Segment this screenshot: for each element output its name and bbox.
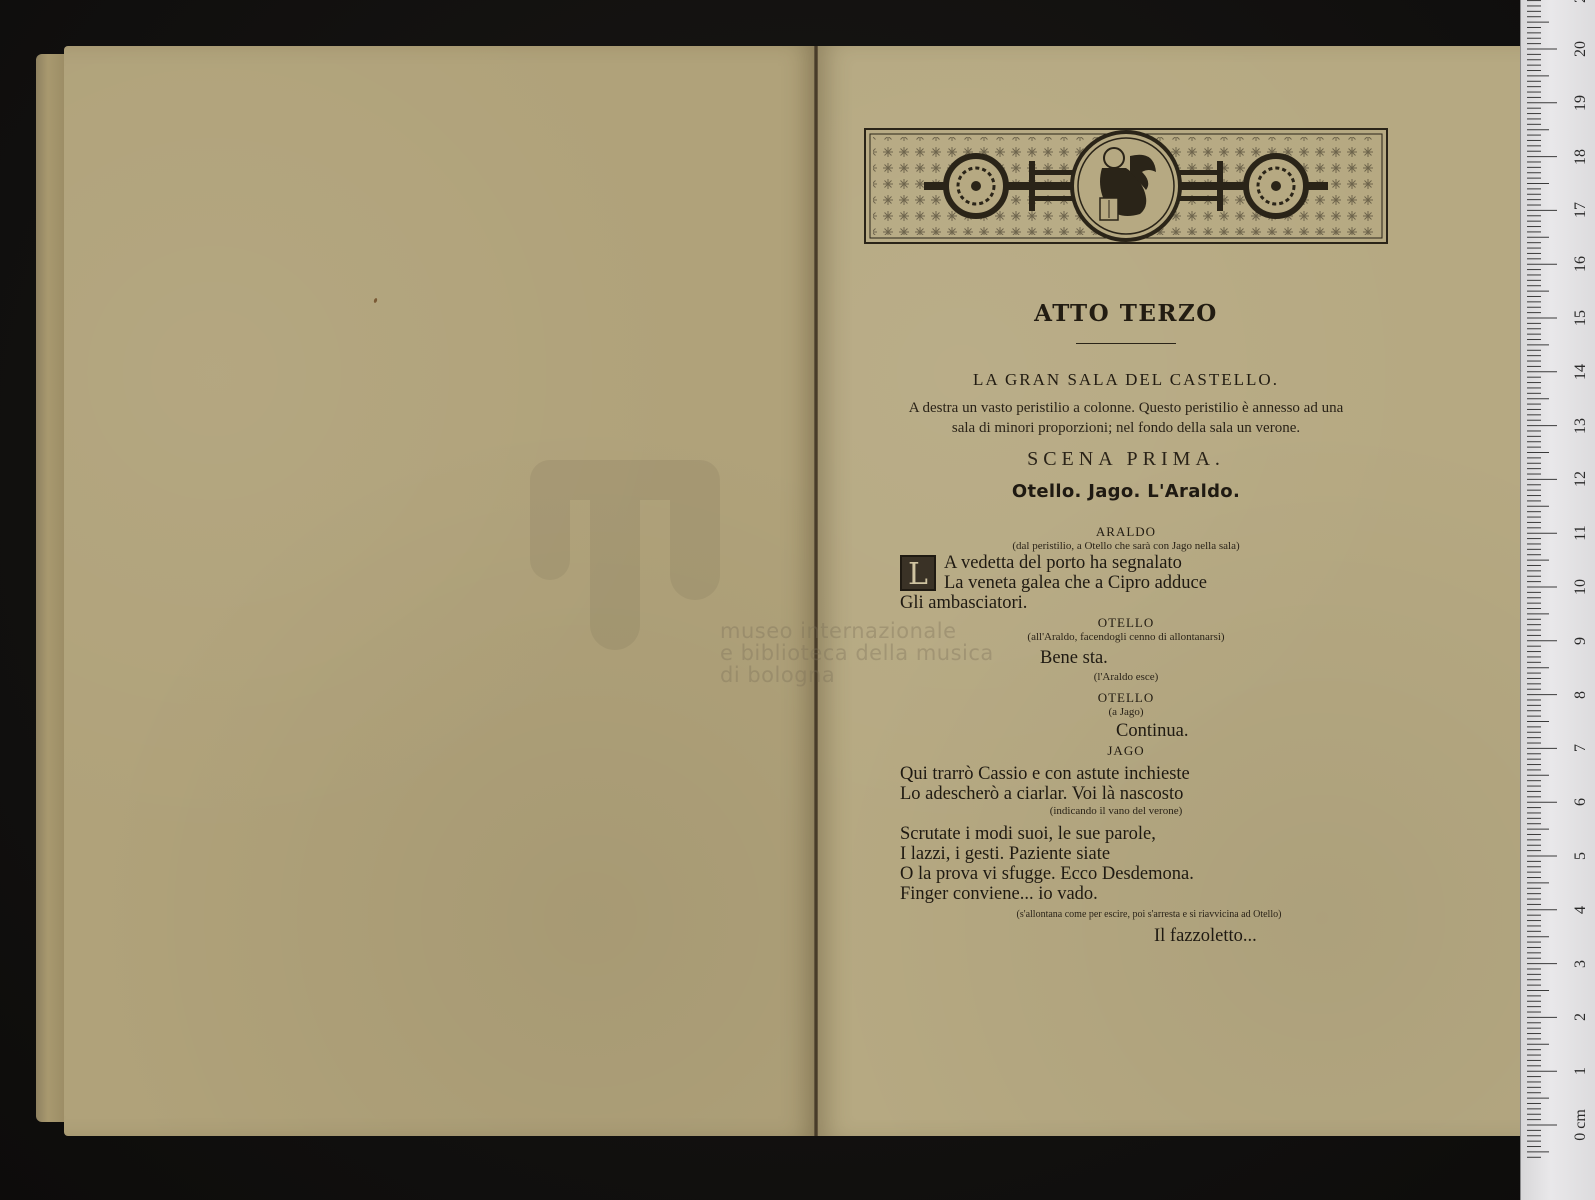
verse-line: O la prova vi sfugge. Ecco Desdemona. [900,864,1388,884]
setting-description-line: sala di minori proporzioni; nel fondo de… [864,418,1388,438]
ruler-label: 0 cm [1571,1105,1591,1145]
winged-lion-headpiece-icon [864,128,1388,244]
ruler-label: 19 [1571,91,1591,115]
setting-description: A destra un vasto peristilio a colonne. … [864,398,1388,438]
dialogue-block-otello: OTELLO (a Jago) Continua. [864,690,1388,741]
dialogue-block-araldo: ARALDO (dal peristilio, a Otello che sar… [864,524,1388,613]
speaker-name: ARALDO [864,524,1388,539]
stage-direction: (a Jago) [864,705,1388,719]
dialogue-block-otello: OTELLO (all'Araldo, facendogli cenno di … [864,615,1388,684]
page-stack-edge [36,54,66,1122]
ruler-label: 8 [1571,683,1591,707]
ruler-label: 2 [1571,1005,1591,1029]
ruler-label: 13 [1571,414,1591,438]
speaker-name: OTELLO [864,615,1388,630]
ruler-label: 17 [1571,198,1591,222]
paper-speck [373,298,378,304]
ruler-label: 7 [1571,736,1591,760]
verse-line: Bene sta. [1040,648,1388,668]
characters-list: Otello. Jago. L'Araldo. [864,481,1388,502]
ruler-label: 11 [1571,521,1591,545]
verse-block: Scrutate i modi suoi, le sue parole, I l… [900,824,1388,904]
drop-cap-initial: L [900,555,936,591]
speaker-name: OTELLO [864,690,1388,705]
dialogue-block-jago: JAGO Qui trarrò Cassio e con astute inch… [864,743,1388,946]
setting-title: LA GRAN SALA DEL CASTELLO. [864,370,1388,390]
ruler-label: 1 [1571,1059,1591,1083]
stage-direction: (dal peristilio, a Otello che sarà con J… [864,539,1388,553]
ruler-label: 10 [1571,575,1591,599]
watermark-logo-icon [520,440,750,660]
title-divider [1076,343,1176,344]
ruler-label: 20 [1571,37,1591,61]
stage-direction: (all'Araldo, facendogli cenno di allonta… [864,630,1388,644]
verse-line: Scrutate i modi suoi, le sue parole, [900,824,1388,844]
verse-line: Il fazzoletto... [1154,926,1388,946]
verse-line: La veneta galea che a Cipro adduce [900,573,1388,593]
act-title: ATTO TERZO [864,300,1388,327]
rosette-icon [946,156,1006,216]
setting-description-line: A destra un vasto peristilio a colonne. … [844,398,1408,418]
ruler-label: 9 [1571,629,1591,653]
ruler-label: 18 [1571,145,1591,169]
ruler-label: 16 [1571,252,1591,276]
scene-title: SCENA PRIMA. [864,448,1388,471]
rosette-icon [1246,156,1306,216]
stage-direction: (indicando il vano del verone) [844,804,1388,818]
ruler-label: 6 [1571,790,1591,814]
verse-line: Gli ambasciatori. [900,593,1388,613]
speaker-name: JAGO [864,743,1388,758]
verse-line: Lo adescherò a ciarlar. Voi là nascosto [900,784,1388,804]
verse-block: Qui trarrò Cassio e con astute inchieste… [900,764,1388,804]
right-page-content: ATTO TERZO LA GRAN SALA DEL CASTELLO. A … [864,128,1388,946]
stage-direction: (l'Araldo esce) [864,670,1388,684]
measurement-ruler: 0 cm123456789101112131415161718192021 [1520,0,1595,1200]
ruler-label: 3 [1571,952,1591,976]
verse-line: A vedetta del porto ha segnalato [900,553,1388,573]
verse-block: L A vedetta del porto ha segnalato La ve… [900,553,1388,613]
ruler-label: 15 [1571,306,1591,330]
verse-line: Continua. [1116,721,1388,741]
verse-line: I lazzi, i gesti. Paziente siate [900,844,1388,864]
ruler-label: 21 [1571,0,1591,7]
ruler-label: 14 [1571,360,1591,384]
verse-line: Qui trarrò Cassio e con astute inchieste [900,764,1388,784]
ruler-label: 12 [1571,467,1591,491]
stage-direction: (s'allontana come per escire, poi s'arre… [880,908,1418,922]
ruler-label: 4 [1571,898,1591,922]
ruler-label: 5 [1571,844,1591,868]
verse-line: Finger conviene... io vado. [900,884,1388,904]
